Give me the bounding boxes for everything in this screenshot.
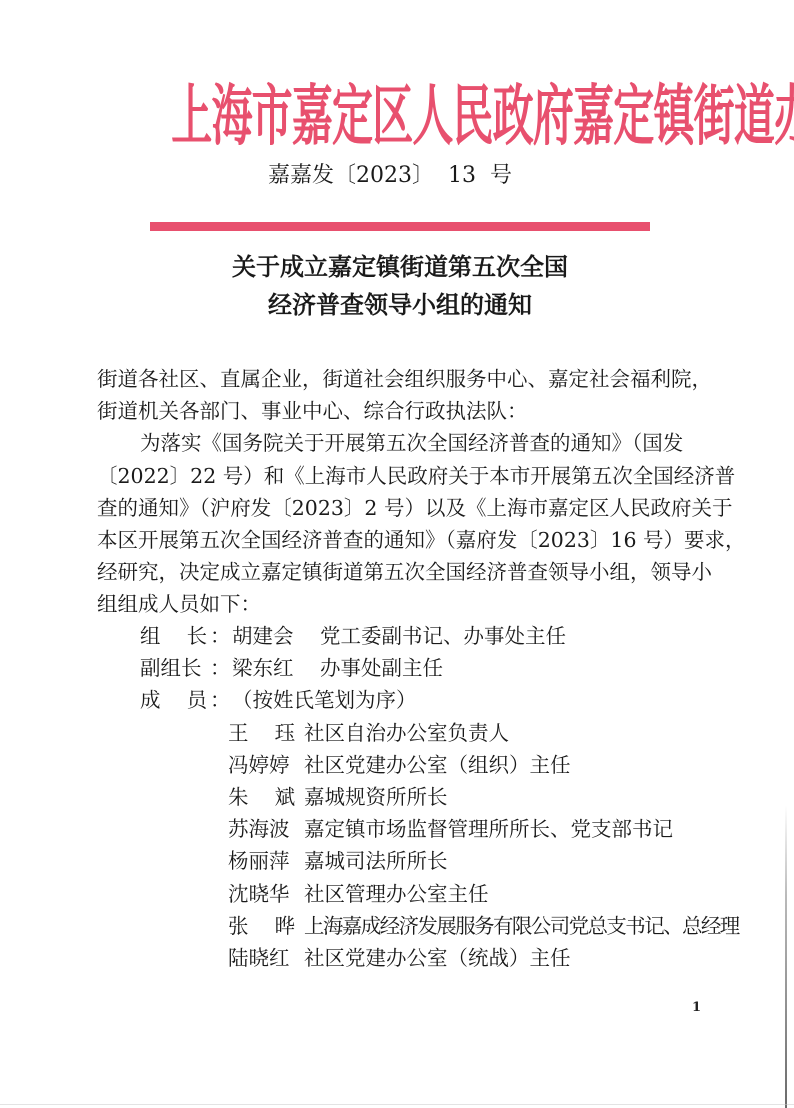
roster-deputy-row: 副组长 ： 梁东红 办事处副主任 [140,652,740,684]
role-colon: ： [210,684,232,716]
person-name: 陆晓红 [228,942,304,974]
issuing-organization-header: 上海市嘉定区人民政府嘉定镇街道办事处 [171,66,638,166]
person-title: 社区管理办公室主任 [304,878,489,910]
person-name: 冯婷婷 [228,749,304,781]
person-name: 朱 斌 [228,781,304,813]
roster-members-label-row: 成 员 ： （按姓氏笔划为序） [140,684,740,716]
roster-member-row: 朱 斌 嘉城规资所所长 [140,781,740,813]
body-paragraph-line: 组组成人员如下： [97,588,697,620]
person-name: 沈晓华 [228,878,304,910]
role-label: 组 长 [140,620,210,652]
body-paragraph-line: 本区开展第五次全国经济普查的通知》（嘉府发〔2023〕16 号）要求， [97,524,697,556]
roster-member-row: 张 晔 上海嘉成经济发展服务有限公司党总支书记、总经理 [140,910,740,942]
scan-edge-line-bottom [0,1104,794,1105]
roster-member-row: 冯婷婷 社区党建办公室（组织）主任 [140,749,740,781]
roster-member-row: 杨丽萍 嘉城司法所所长 [140,845,740,877]
person-title: 上海嘉成经济发展服务有限公司党总支书记、总经理 [304,910,739,942]
leadership-roster: 组 长 ： 胡建会 党工委副书记、办事处主任 副组长 ： 梁东红 办事处副主任 … [140,620,740,974]
ordering-note: （按姓氏笔划为序） [232,684,417,716]
roster-leader-row: 组 长 ： 胡建会 党工委副书记、办事处主任 [140,620,740,652]
roster-member-row: 王 珏 社区自治办公室负责人 [140,717,740,749]
scan-edge-line-right [785,805,787,1108]
person-name: 梁东红 [232,652,320,684]
role-colon: ： [210,652,232,684]
person-title: 办事处副主任 [320,652,443,684]
addressee-line-2: 街道机关各部门、事业中心、综合行政执法队： [97,395,697,427]
person-name: 苏海波 [228,813,304,845]
notice-body: 街道各社区、直属企业，街道社会组织服务中心、嘉定社会福利院， 街道机关各部门、事… [97,363,697,621]
title-line-1: 关于成立嘉定镇街道第五次全国 [150,248,650,286]
person-title: 社区党建办公室（组织）主任 [304,749,571,781]
roster-member-row: 沈晓华 社区管理办公室主任 [140,878,740,910]
person-title: 嘉城规资所所长 [304,781,448,813]
person-name: 胡建会 [232,620,320,652]
document-number: 嘉嘉发〔2023〕 13 号 [268,160,518,192]
red-divider-rule [150,222,650,231]
roster-member-row: 陆晓红 社区党建办公室（统战）主任 [140,942,740,974]
person-name: 杨丽萍 [228,845,304,877]
person-name: 王 珏 [228,717,304,749]
role-label: 成 员 [140,684,210,716]
page-number: 1 [692,1000,701,1015]
person-title: 嘉城司法所所长 [304,845,448,877]
person-title: 党工委副书记、办事处主任 [320,620,566,652]
person-title: 社区自治办公室负责人 [304,717,509,749]
body-paragraph-line: 〔2022〕22 号）和《上海市人民政府关于本市开展第五次全国经济普 [97,460,697,492]
body-paragraph-line: 为落实《国务院关于开展第五次全国经济普查的通知》（国发 [97,427,697,459]
person-title: 社区党建办公室（统战）主任 [304,942,571,974]
role-label: 副组长 [140,652,210,684]
title-line-2: 经济普查领导小组的通知 [150,286,650,324]
addressee-line-1: 街道各社区、直属企业，街道社会组织服务中心、嘉定社会福利院， [97,363,697,395]
role-colon: ： [210,620,232,652]
person-title: 嘉定镇市场监督管理所所长、党支部书记 [304,813,673,845]
person-name: 张 晔 [228,910,304,942]
document-title: 关于成立嘉定镇街道第五次全国 经济普查领导小组的通知 [150,248,650,324]
document-page: 上海市嘉定区人民政府嘉定镇街道办事处 嘉嘉发〔2023〕 13 号 关于成立嘉定… [0,0,794,1108]
body-paragraph-line: 查的通知》（沪府发〔2023〕2 号）以及《上海市嘉定区人民政府关于 [97,492,697,524]
roster-member-row: 苏海波 嘉定镇市场监督管理所所长、党支部书记 [140,813,740,845]
body-paragraph-line: 经研究，决定成立嘉定镇街道第五次全国经济普查领导小组，领导小 [97,556,697,588]
